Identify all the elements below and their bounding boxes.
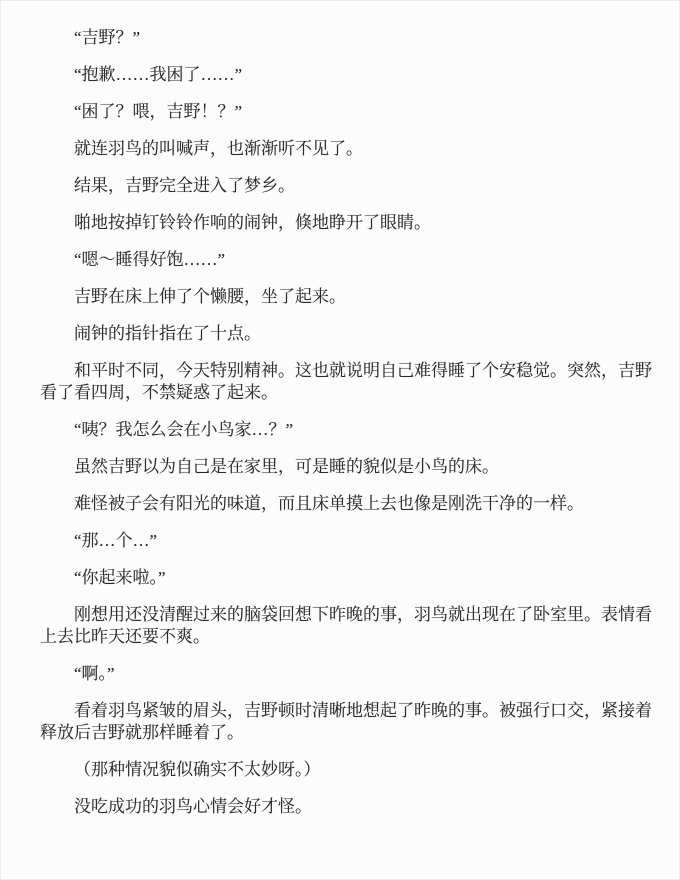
paragraph: 难怪被子会有阳光的味道，而且床单摸上去也像是刚洗干净的一样。 <box>40 493 656 515</box>
paragraph: 和平时不同，今天特别精神。这也就说明自己难得睡了个安稳觉。突然，吉野看了看四周，… <box>40 360 656 404</box>
paragraph: “啊。” <box>40 663 656 685</box>
paragraph: 虽然吉野以为自己是在家里，可是睡的貌似是小鸟的床。 <box>40 456 656 478</box>
paragraph: 闹钟的指针指在了十点。 <box>40 323 656 345</box>
text-body: “吉野？”“抱歉……我困了……”“困了？喂，吉野！？”就连羽鸟的叫喊声，也渐渐听… <box>40 27 656 818</box>
paragraph: “困了？喂，吉野！？” <box>40 101 656 123</box>
paragraph: 结果，吉野完全进入了梦乡。 <box>40 175 656 197</box>
paragraph: “吉野？” <box>40 27 656 49</box>
paragraph: “抱歉……我困了……” <box>40 64 656 86</box>
document-page: “吉野？”“抱歉……我困了……”“困了？喂，吉野！？”就连羽鸟的叫喊声，也渐渐听… <box>0 0 680 880</box>
paragraph: “咦？我怎么会在小鸟家…？” <box>40 419 656 441</box>
paragraph: 就连羽鸟的叫喊声，也渐渐听不见了。 <box>40 138 656 160</box>
paragraph: “那…个…” <box>40 530 656 552</box>
paragraph: （那种情况貌似确实不太妙呀。） <box>40 759 656 781</box>
paragraph: 没吃成功的羽鸟心情会好才怪。 <box>40 796 656 818</box>
paragraph: “你起来啦。” <box>40 567 656 589</box>
paragraph: “嗯～睡得好饱……” <box>40 249 656 271</box>
paragraph: 啪地按掉钉铃铃作响的闹钟，倏地睁开了眼睛。 <box>40 212 656 234</box>
paragraph: 吉野在床上伸了个懒腰，坐了起来。 <box>40 286 656 308</box>
paragraph: 刚想用还没清醒过来的脑袋回想下昨晚的事，羽鸟就出现在了卧室里。表情看上去比昨天还… <box>40 604 656 648</box>
paragraph: 看着羽鸟紧皱的眉头，吉野顿时清晰地想起了昨晚的事。被强行口交，紧接着释放后吉野就… <box>40 700 656 744</box>
